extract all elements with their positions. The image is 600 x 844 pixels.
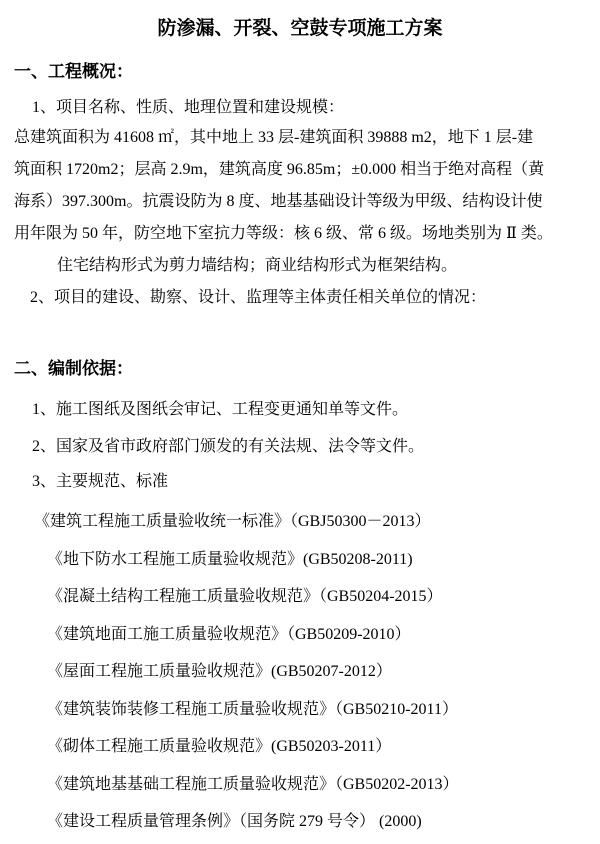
standard-gbj50300: 《建筑工程施工质量验收统一标准》（GBJ50300－2013） xyxy=(34,511,586,532)
document-title: 防渗漏、开裂、空鼓专项施工方案 xyxy=(14,16,586,41)
section2-item-drawings: 1、施工图纸及图纸会审记、工程变更通知单等文件。 xyxy=(32,399,586,420)
standard-gb50208: 《地下防水工程施工质量验收规范》(GB50208-2011) xyxy=(47,549,586,570)
standard-gb50204: 《混凝土结构工程施工质量验收规范》（GB50204-2015） xyxy=(47,586,586,607)
section1-item-project-info: 1、项目名称、性质、地理位置和建设规模： xyxy=(32,97,586,118)
section2-item-regulations: 2、国家及省市政府部门颁发的有关法规、法令等文件。 xyxy=(32,436,586,457)
standard-gb50210: 《建筑装饰装修工程施工质量验收规范》（GB50210-2011） xyxy=(47,699,586,720)
overview-line-1: 总建筑面积为 41608 ㎡，其中地上 33 层-建筑面积 39888 m2，地… xyxy=(14,122,586,154)
project-overview-paragraph: 总建筑面积为 41608 ㎡，其中地上 33 层-建筑面积 39888 m2，地… xyxy=(14,122,586,250)
section-1-heading: 一、工程概况： xyxy=(14,61,586,83)
standard-gb50209: 《建筑地面工施工质量验收规范》（GB50209-2010） xyxy=(47,624,586,645)
overview-line-2: 筑面积 1720m2；层高 2.9m，建筑高度 96.85m；±0.000 相当… xyxy=(14,154,586,186)
standard-gb50202: 《建筑地基基础工程施工质量验收规范》（GB50202-2013） xyxy=(47,774,586,795)
section2-item-standards-heading: 3、主要规范、标准 xyxy=(32,471,586,492)
section-2-heading: 二、编制依据： xyxy=(14,358,586,380)
overview-line-3: 海系）397.300m。抗震设防为 8 度、地基基础设计等级为甲级、结构设计使 xyxy=(14,186,586,218)
standard-gb50207: 《屋面工程施工质量验收规范》(GB50207-2012） xyxy=(47,661,586,682)
document-page: 防渗漏、开裂、空鼓专项施工方案 一、工程概况： 1、项目名称、性质、地理位置和建… xyxy=(0,0,600,844)
section1-item-responsible-units: 2、项目的建设、勘察、设计、监理等主体责任相关单位的情况： xyxy=(30,282,586,314)
standard-quality-regulation-2000: 《建设工程质量管理条例》（国务院 279 号令） (2000) xyxy=(47,811,586,832)
structure-type-line: 住宅结构形式为剪力墙结构；商业结构形式为框架结构。 xyxy=(57,250,586,282)
standard-gb50203: 《砌体工程施工质量验收规范》(GB50203-2011） xyxy=(47,736,586,757)
overview-line-4: 用年限为 50 年，防空地下室抗力等级：核 6 级、常 6 级。场地类别为 Ⅱ … xyxy=(14,218,586,250)
